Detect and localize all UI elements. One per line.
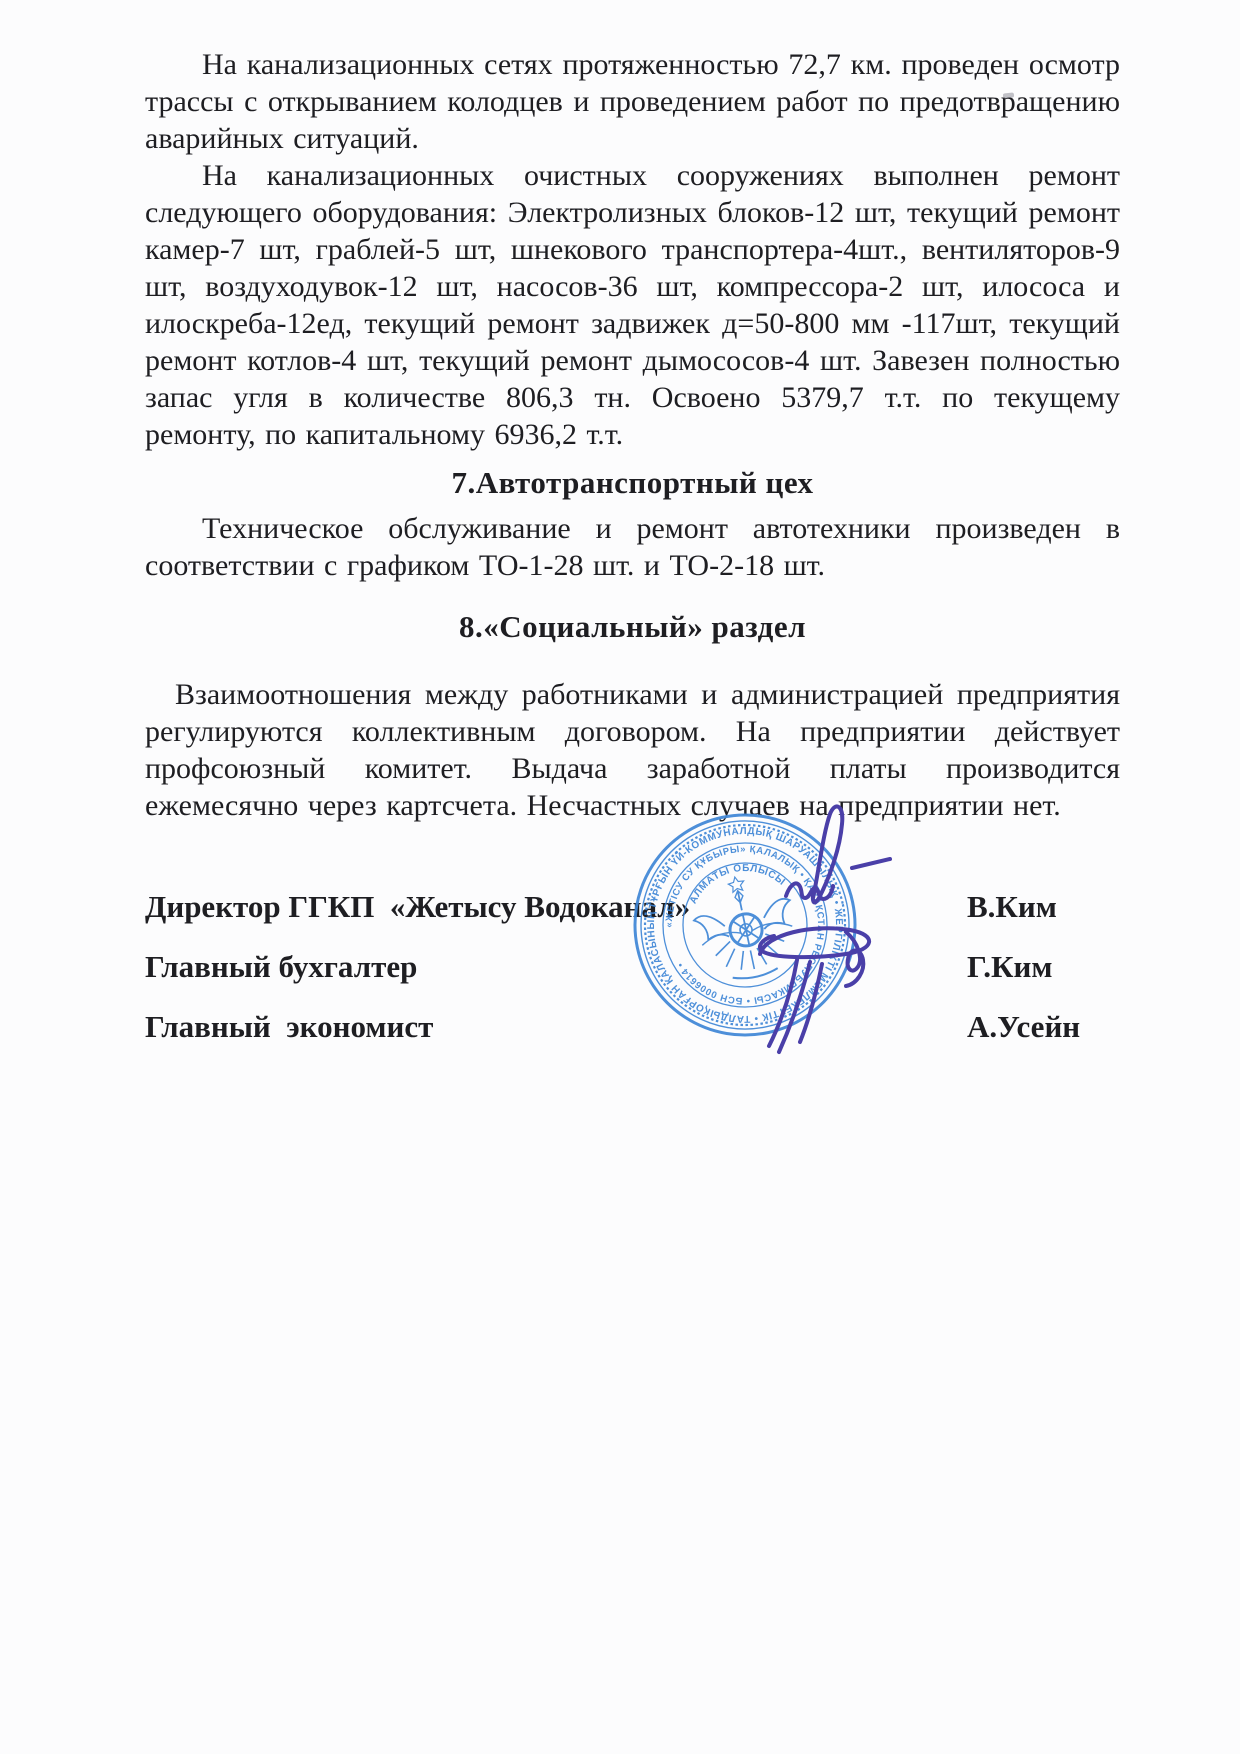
section-8-heading: 8.«Социальный» раздел (145, 608, 1120, 645)
director-name: В.Ким (967, 888, 1057, 925)
economist-title: Главный экономист (145, 1009, 433, 1044)
paragraph-sewer-networks: На канализационных сетях протяженностью … (145, 46, 1120, 157)
director-signature-icon (786, 806, 890, 902)
accountant-name: Г.Ким (967, 948, 1052, 985)
economist-name: А.Усейн (967, 1008, 1080, 1045)
director-title: Директор ГГКП «Жетысу Водоканал» (145, 889, 690, 924)
section-7-heading: 7.Автотранспортный цех (145, 464, 1120, 501)
paragraph-treatment-facilities: На канализационных очистных сооружениях … (145, 157, 1120, 453)
paragraph-social: Взаимоотношения между работниками и адми… (145, 676, 1120, 824)
handwritten-signatures-ink (700, 778, 970, 1078)
accountant-signature-icon (760, 928, 869, 1052)
paragraph-auto-transport: Техническое обслуживание и ремонт автоте… (145, 510, 1120, 584)
scanned-document-page: На канализационных сетях протяженностью … (0, 0, 1240, 1754)
accountant-title: Главный бухгалтер (145, 949, 417, 984)
